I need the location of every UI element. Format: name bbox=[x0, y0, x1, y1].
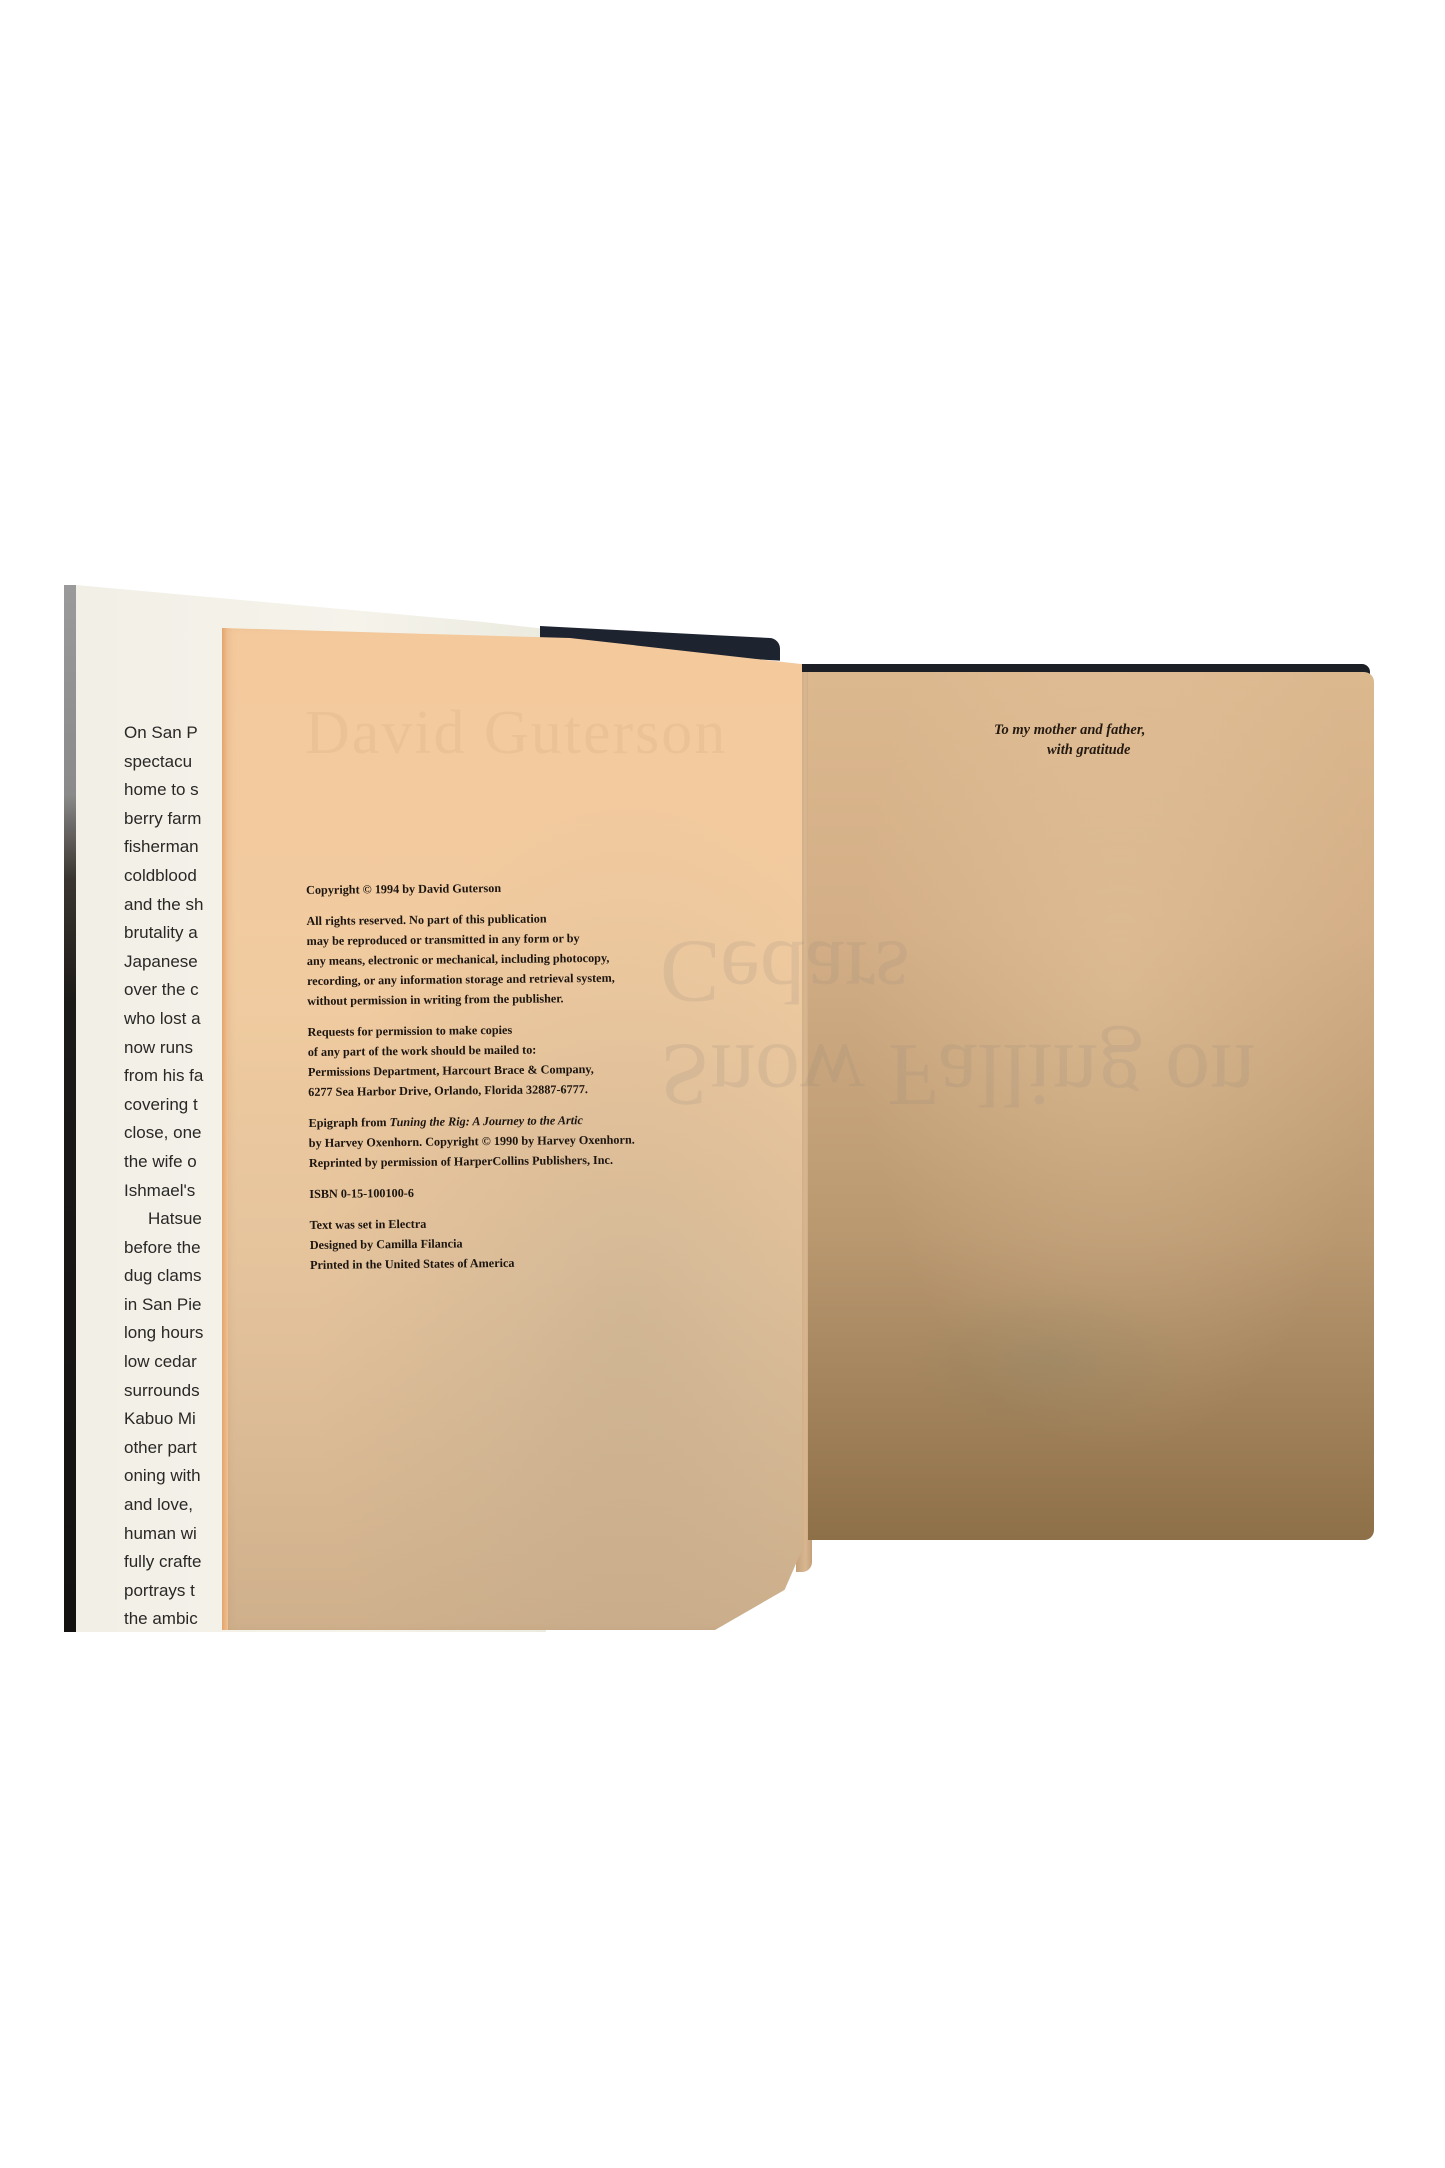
epigraph-book-title: Tuning the Rig: A Journey to the Artic bbox=[390, 1113, 583, 1129]
rights-line: without permission in writing from the p… bbox=[307, 987, 727, 1011]
epigraph-prefix: Epigraph from bbox=[308, 1115, 389, 1130]
show-through-author: David Guterson bbox=[305, 698, 727, 769]
dedication-line-1: To my mother and father, bbox=[994, 722, 1145, 739]
rights-paragraph: All rights reserved. No part of this pub… bbox=[306, 907, 727, 1011]
show-through-title: Snow Falling on Cedars bbox=[660, 920, 1445, 1126]
dedication-line-2: with gratitude bbox=[1047, 742, 1130, 759]
copyright-notice: Copyright © 1994 by David Guterson All r… bbox=[306, 876, 730, 1286]
copyright-line: Copyright © 1994 by David Guterson bbox=[306, 876, 726, 900]
jacket-spine-edge bbox=[64, 585, 76, 1632]
permissions-line: 6277 Sea Harbor Drive, Orlando, Florida … bbox=[308, 1078, 728, 1102]
photo-scene: On San P spectacu home to s berry farm f… bbox=[0, 0, 1445, 2168]
colophon-line: Printed in the United States of America bbox=[310, 1251, 730, 1275]
permissions-paragraph: Requests for permission to make copies o… bbox=[307, 1018, 728, 1102]
show-through-smudge bbox=[900, 1280, 1200, 1440]
colophon: Text was set in Electra Designed by Cami… bbox=[310, 1211, 731, 1275]
epigraph-credit: Epigraph from Tuning the Rig: A Journey … bbox=[308, 1109, 729, 1173]
isbn: ISBN 0-15-100100-6 bbox=[309, 1180, 729, 1204]
page-edge bbox=[222, 628, 228, 1630]
epigraph-line-3: Reprinted by permission of HarperCollins… bbox=[309, 1149, 729, 1173]
